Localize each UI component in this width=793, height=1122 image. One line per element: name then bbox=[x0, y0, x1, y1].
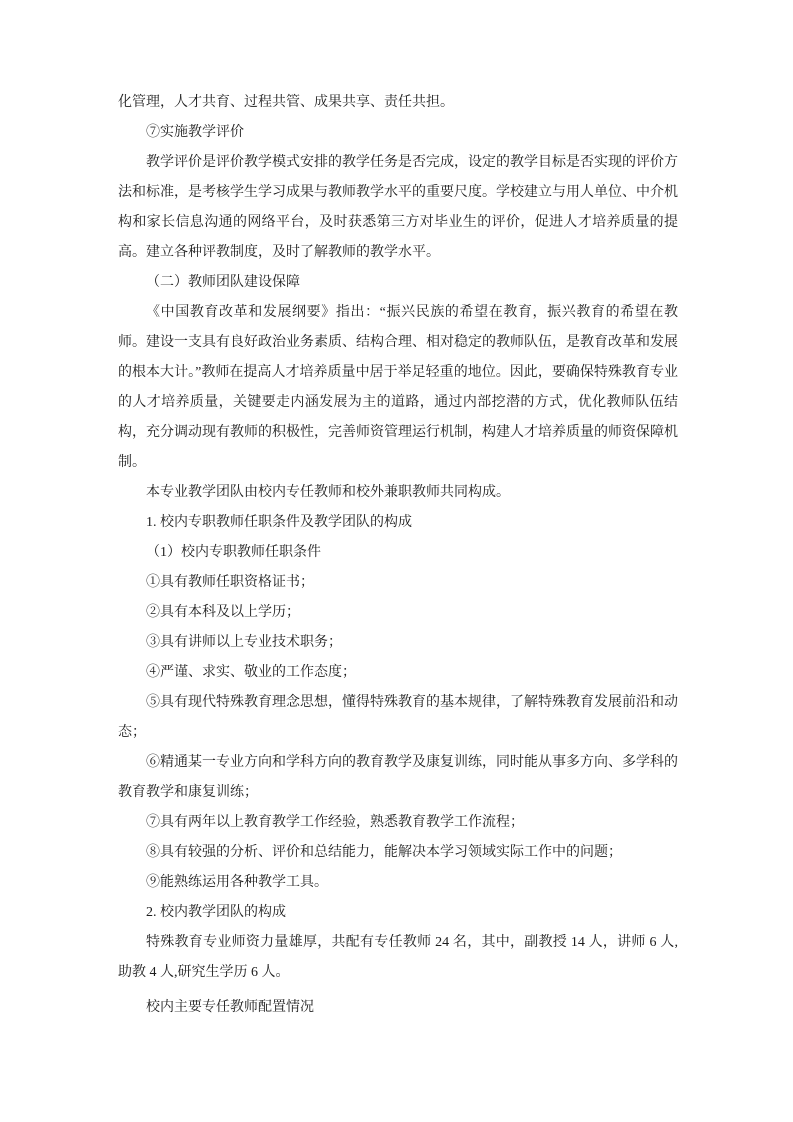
paragraph: ①具有教师任职资格证书； bbox=[118, 568, 678, 598]
paragraph: 特殊教育专业师资力量雄厚，共配有专任教师 24 名，其中，副教授 14 人，讲师… bbox=[118, 928, 678, 988]
paragraph: 化管理，人才共育、过程共管、成果共享、责任共担。 bbox=[118, 88, 678, 118]
paragraph: 《中国教育改革和发展纲要》指出：“振兴民族的希望在教育，振兴教育的希望在教师。建… bbox=[118, 298, 678, 478]
paragraph: ②具有本科及以上学历； bbox=[118, 598, 678, 628]
paragraph: （1）校内专职教师任职条件 bbox=[118, 538, 678, 568]
paragraph: 校内主要专任教师配置情况 bbox=[118, 993, 678, 1023]
paragraph: ⑥精通某一专业方向和学科方向的教育教学及康复训练，同时能从事多方向、多学科的教育… bbox=[118, 748, 678, 808]
paragraph: ⑨能熟练运用各种教学工具。 bbox=[118, 868, 678, 898]
paragraph: （二）教师团队建设保障 bbox=[118, 268, 678, 298]
paragraph: ⑦具有两年以上教育教学工作经验，熟悉教育教学工作流程； bbox=[118, 808, 678, 838]
paragraph: 教学评价是评价教学模式安排的教学任务是否完成，设定的教学目标是否实现的评价方法和… bbox=[118, 148, 678, 268]
document-page: 化管理，人才共育、过程共管、成果共享、责任共担。⑦实施教学评价教学评价是评价教学… bbox=[0, 0, 793, 1122]
paragraph: 1. 校内专职教师任职条件及教学团队的构成 bbox=[118, 508, 678, 538]
document-content: 化管理，人才共育、过程共管、成果共享、责任共担。⑦实施教学评价教学评价是评价教学… bbox=[118, 88, 678, 1023]
paragraph: 2. 校内教学团队的构成 bbox=[118, 898, 678, 928]
paragraph: ⑧具有较强的分析、评价和总结能力，能解决本学习领域实际工作中的问题； bbox=[118, 838, 678, 868]
paragraph: ③具有讲师以上专业技术职务； bbox=[118, 628, 678, 658]
paragraph: ⑤具有现代特殊教育理念思想，懂得特殊教育的基本规律，了解特殊教育发展前沿和动态； bbox=[118, 688, 678, 748]
paragraph: ④严谨、求实、敬业的工作态度； bbox=[118, 658, 678, 688]
paragraph: ⑦实施教学评价 bbox=[118, 118, 678, 148]
paragraph: 本专业教学团队由校内专任教师和校外兼职教师共同构成。 bbox=[118, 478, 678, 508]
